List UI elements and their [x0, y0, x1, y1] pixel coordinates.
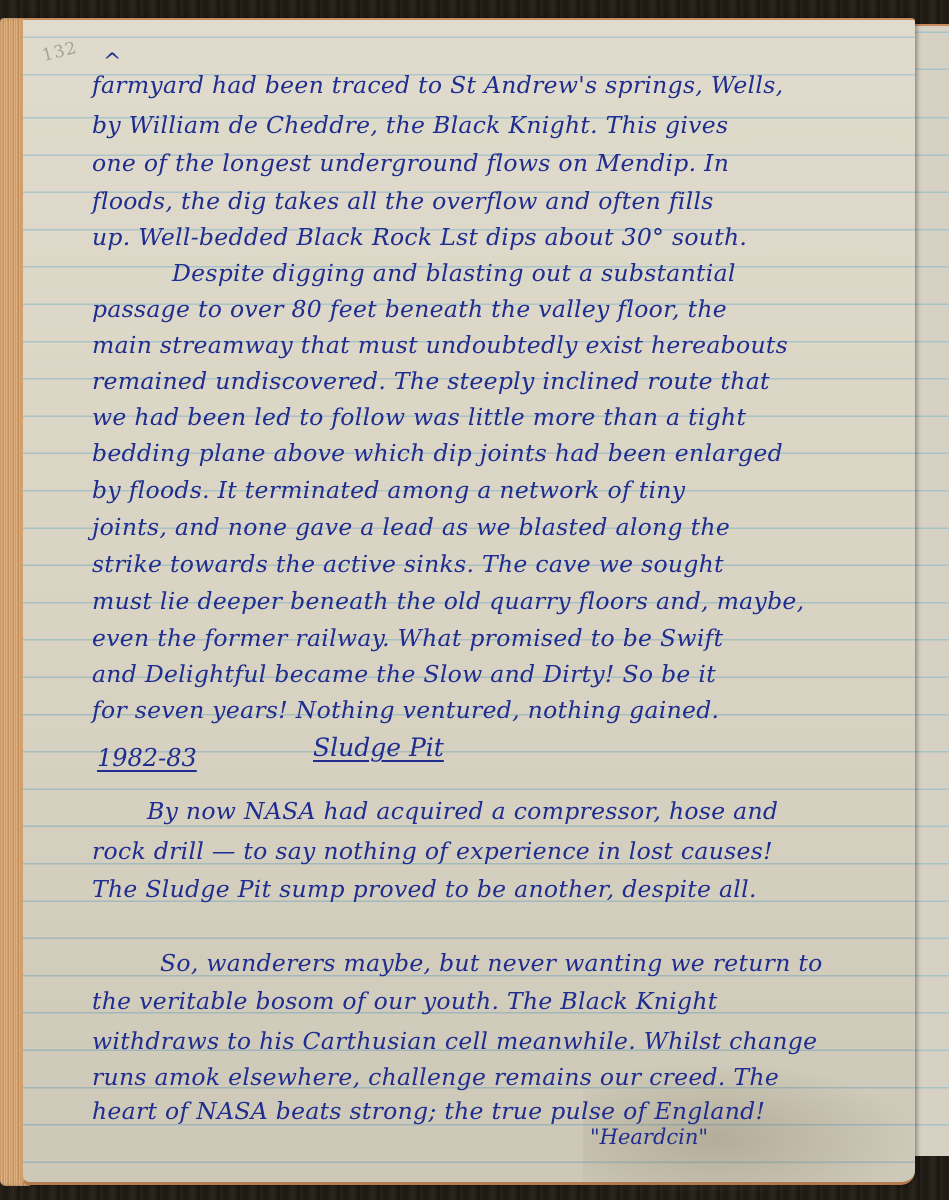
text-line-15: must lie deeper beneath the old quarry f…: [92, 590, 804, 614]
text-line-16: even the former railway. What promised t…: [92, 627, 723, 651]
text-line-14: strike towards the active sinks. The cav…: [92, 553, 724, 577]
text-line-23: the veritable bosom of our youth. The Bl…: [92, 990, 718, 1014]
text-line-17: and Delightful became the Slow and Dirty…: [92, 663, 716, 687]
text-line-9: remained undiscovered. The steeply incli…: [92, 370, 770, 394]
text-line-3: one of the longest underground flows on …: [92, 152, 729, 176]
section-year: 1982-83: [97, 744, 197, 772]
facing-page-edge: [912, 24, 949, 1156]
text-line-19: By now NASA had acquired a compressor, h…: [147, 800, 778, 824]
text-line-6: Despite digging and blasting out a subst…: [172, 262, 736, 286]
signature: "Heardcin": [590, 1125, 708, 1149]
text-line-7: passage to over 80 feet beneath the vall…: [92, 298, 727, 322]
text-line-13: joints, and none gave a lead as we blast…: [92, 516, 730, 540]
photo-scene: 132 ^ farmyard had been traced to St And…: [0, 0, 949, 1200]
text-line-26: heart of NASA beats strong; the true pul…: [92, 1100, 765, 1124]
text-line-8: main streamway that must undoubtedly exi…: [92, 334, 788, 358]
text-line-10: we had been led to follow was little mor…: [92, 406, 746, 430]
text-line-25: runs amok elsewhere, challenge remains o…: [92, 1066, 779, 1090]
section-title: Sludge Pit: [313, 733, 444, 762]
text-line-12: by floods. It terminated among a network…: [92, 479, 685, 503]
text-line-24: withdraws to his Carthusian cell meanwhi…: [92, 1030, 817, 1054]
text-line-5: up. Well-bedded Black Rock Lst dips abou…: [92, 226, 747, 250]
text-line-2: by William de Cheddre, the Black Knight.…: [92, 114, 728, 138]
text-line-18: for seven years! Nothing ventured, nothi…: [92, 699, 719, 723]
text-line-22: So, wanderers maybe, but never wanting w…: [160, 952, 823, 976]
text-line-21: The Sludge Pit sump proved to be another…: [92, 878, 757, 902]
text-line-11: bedding plane above which dip joints had…: [92, 442, 783, 466]
text-line-1: farmyard had been traced to St Andrew's …: [92, 74, 783, 98]
text-line-4: floods, the dig takes all the overflow a…: [92, 190, 714, 214]
text-line-20: rock drill — to say nothing of experienc…: [92, 840, 773, 864]
